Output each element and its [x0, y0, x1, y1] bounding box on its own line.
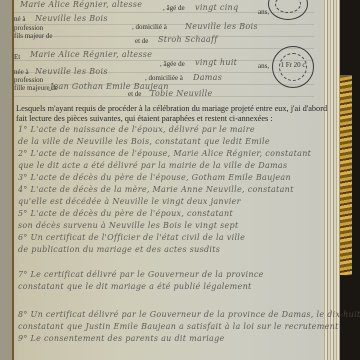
handwritten-line: de publication du mariage et des actes s… [18, 245, 220, 254]
margin-label: profession [14, 76, 43, 84]
gutter-shadow [0, 0, 12, 360]
register-page: Marie Alice Régnier, altesse , âgé de vi… [0, 0, 324, 360]
handwritten-line: 3° L'acte de décès du père de l'épouse, … [18, 173, 291, 182]
handwritten-line: 2° L'acte de naissance de l'épouse, Mari… [18, 149, 311, 158]
field-suffix: ans, [258, 8, 269, 16]
handwritten-line: de la ville de Neuville les Bois, consta… [18, 137, 270, 146]
stamp-value: 1 Fr 20 c [273, 62, 313, 69]
margin-label: né à [14, 15, 25, 23]
handwritten-line: 5° L'acte de décès du père de l'époux, c… [18, 209, 233, 218]
revenue-stamp-top [268, 0, 308, 20]
field-suffix: ans, [258, 62, 269, 70]
margin-label: profession [14, 24, 43, 32]
field-label: et de [128, 90, 141, 98]
marbled-edge [340, 75, 352, 275]
field-label: , âgé de [163, 4, 185, 12]
printed-text: fait lecture des pièces suivantes, qui é… [16, 114, 273, 123]
field-label: , âgée de [160, 60, 185, 68]
margin-label: fils majeur de [14, 32, 53, 40]
field-value: Neuville les Bois [185, 22, 258, 31]
handwritten-line: 4° L'acte de décès de la mère, Marie Ann… [18, 185, 294, 194]
field-value: Stroh Schaaff [158, 35, 218, 44]
handwritten-line: qu'elle est décédée à Neuville le vingt … [18, 197, 241, 206]
handwritten-line: Neuville les Bois [35, 67, 108, 76]
handwritten-line: son décès survenu à Neuville les Bois le… [18, 221, 238, 230]
handwritten-line: constatant que Justin Émile Baujean a sa… [18, 322, 339, 331]
margin-label: née à [14, 68, 29, 76]
field-label: , domiciliée à [145, 74, 183, 82]
handwritten-line: Marie Alice Régnier, altesse [20, 0, 142, 9]
handwritten-line: constatant que le dit mariage a été publ… [18, 282, 252, 291]
handwritten-line: Marie Alice Régnier, altesse [30, 50, 152, 59]
handwritten-line: 7° Le certificat délivré par le Gouverne… [18, 270, 264, 279]
handwritten-line: 9° Le consentement des parents au dit ma… [18, 334, 225, 343]
handwritten-line: 6° Un certificat de l'Officier de l'état… [18, 233, 245, 242]
field-value: Damas [193, 73, 222, 82]
printed-text: Lesquels m'ayant requis de procéder à la… [16, 104, 327, 113]
field-value: vingt cinq [195, 3, 238, 12]
field-value: vingt huit [195, 58, 237, 67]
handwritten-line: Neuville les Bois [35, 14, 108, 23]
field-value: Tobie Neuville [150, 89, 213, 98]
handwritten-line: que le dit acte a été délivré par la mai… [18, 161, 287, 170]
ruled-line [14, 48, 314, 49]
handwritten-line: 8° Un certificat délivré par le Gouverne… [18, 310, 360, 319]
revenue-stamp: 1 Fr 20 c [272, 46, 314, 88]
margin-label: Et [14, 53, 20, 61]
field-label: et de [135, 37, 148, 45]
field-label: , domicilié à [132, 23, 167, 31]
page-stack-edge [322, 0, 340, 360]
handwritten-line: 1° L'acte de naissance de l'époux, déliv… [18, 125, 255, 134]
